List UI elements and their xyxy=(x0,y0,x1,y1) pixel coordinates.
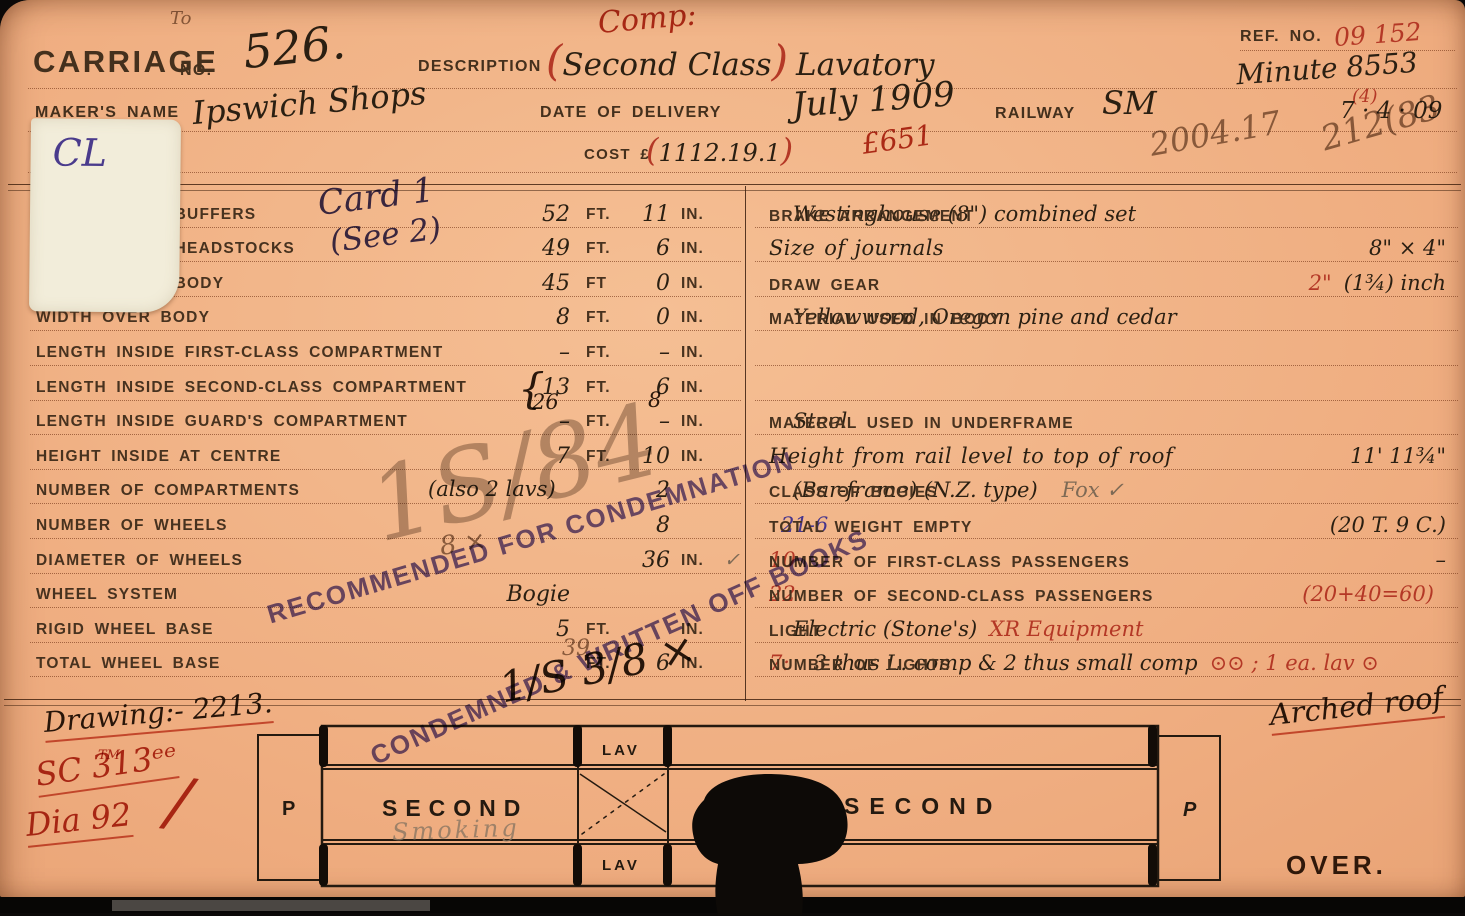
record-card: CARRIAGE NO. 526. DESCRIPTION ( Second C… xyxy=(0,0,1465,897)
spec-row: BRAKE ARRANGEMENT Westinghouse (8") comb… xyxy=(755,193,1458,228)
spec-label: MATERIAL USED IN UNDERFRAME xyxy=(769,415,1074,433)
red-paren-open: ( xyxy=(646,131,658,169)
description-label: DESCRIPTION xyxy=(418,58,542,76)
pencil-note-to: To xyxy=(170,8,191,29)
spec-label: Size of journals xyxy=(769,236,944,260)
red-note-651: £651 xyxy=(860,118,935,161)
spec-row: MATERIAL USED IN UNDERFRAME Steel xyxy=(755,401,1458,436)
railway-label: RAILWAY xyxy=(995,105,1076,123)
unit-in: IN. xyxy=(681,379,704,397)
spec-row: MATERIAL USED IN BODY Yellowwood, Oregon… xyxy=(755,297,1458,332)
description-class: Second Class xyxy=(562,47,771,83)
over-label: OVER. xyxy=(1286,850,1387,881)
spec-value-in: 36 xyxy=(614,548,670,573)
spec-label: MATERIAL USED IN BODY xyxy=(769,311,1001,329)
unit-in: IN. xyxy=(681,240,704,258)
makers-name-value: Ipswich Shops xyxy=(191,74,428,132)
spec-value-right: (1¾) inch xyxy=(1344,271,1446,295)
sticker-note: CL xyxy=(52,130,107,175)
drawing-number: Drawing:- 2213. xyxy=(42,686,274,743)
spec-value-pencil: Fox ✓ xyxy=(1062,478,1124,502)
carriage-number-value: 526. xyxy=(240,15,348,79)
platform-p-right-label: P xyxy=(1183,799,1197,821)
spec-label: LENGTH INSIDE SECOND-CLASS COMPARTMENT xyxy=(36,379,467,397)
spec-value-ft: 5 xyxy=(482,617,570,642)
spec-label: NUMBER OF COMPARTMENTS xyxy=(36,482,300,500)
spec-label: CLASS OF BOGIES xyxy=(769,484,938,502)
unit-in: IN. xyxy=(681,309,704,327)
spec-row: LENGTH INSIDE FIRST-CLASS COMPARTMENT – … xyxy=(30,331,741,366)
spec-value-in: 6 xyxy=(614,236,670,261)
table-top-rule xyxy=(8,184,1461,191)
spec-label: RIGID WHEEL BASE xyxy=(36,621,214,639)
spec-label: NUMBER OF WHEELS xyxy=(36,517,228,535)
spec-value-in: – xyxy=(614,340,670,365)
spec-label: LENGTH INSIDE GUARD'S COMPARTMENT xyxy=(36,413,408,431)
red-note-sc: SC 313ᵉᵉ xyxy=(33,736,180,797)
paper-sticker: CL xyxy=(29,118,181,313)
stacked-value-8: 8 xyxy=(648,388,661,412)
spec-value-right-red: 2" xyxy=(1309,271,1332,295)
spec-value-ft: Bogie xyxy=(482,582,570,607)
spec-value-right: – xyxy=(1436,548,1447,572)
description-value: ( Second Class ) Lavatory xyxy=(546,36,935,85)
red-note-comp: Comp: xyxy=(596,0,697,41)
spec-label: HEIGHT INSIDE AT CENTRE xyxy=(36,448,281,466)
smoking-pencil-note: Smoking xyxy=(392,814,521,846)
spec-value-right: 11' 11¾" xyxy=(1350,444,1446,468)
spec-label: TOTAL WHEEL BASE xyxy=(36,655,221,673)
spec-value-right: (20 T. 9 C.) xyxy=(1330,513,1446,537)
red-paren-open: ( xyxy=(546,36,562,85)
spec-row: CLASS OF BOGIES (Bar-frame) (N.Z. type) … xyxy=(755,470,1458,505)
pencil-note-2004: 2004.17 xyxy=(1147,103,1284,163)
spec-value-ft: 52 xyxy=(482,202,570,227)
spec-value-in: 11 xyxy=(614,202,670,227)
spec-row xyxy=(755,366,1458,401)
spec-row: NUMBER OF SECOND-CLASS PASSENGERS 22 (20… xyxy=(755,574,1458,609)
spec-value-in: 0 xyxy=(614,305,670,330)
red-note-dia: Dia 92 xyxy=(24,795,134,848)
unit-in: IN. xyxy=(681,344,704,362)
spec-row: DRAW GEAR 2" (1¾) inch xyxy=(755,262,1458,297)
lav-top-label: LAV xyxy=(602,742,640,759)
cost-amount: 1112.19.1 xyxy=(658,139,780,167)
unit-in: IN. xyxy=(681,206,704,224)
ink-note-arched-roof: Arched roof xyxy=(1268,680,1445,736)
spec-value-right: 8" × 4" xyxy=(1369,236,1446,260)
ref-no-label: REF. NO. xyxy=(1240,28,1322,46)
spec-label: TOTAL WEIGHT EMPTY xyxy=(769,519,973,537)
spec-row: Height from rail level to top of roof 11… xyxy=(755,435,1458,470)
red-paren-close: ) xyxy=(781,131,793,169)
spec-label: WHEEL SYSTEM xyxy=(36,586,178,604)
scan-background: { "header": { "carriage_label": "CARRIAG… xyxy=(0,0,1465,913)
spec-value-red: XR Equipment xyxy=(989,617,1143,641)
spec-label: NUMBER OF LIGHTS xyxy=(769,657,951,675)
unit-ft: FT. xyxy=(586,240,611,258)
cost-label: COST £ xyxy=(584,146,650,163)
unit-in: IN. xyxy=(681,275,704,293)
spec-value-in: 0 xyxy=(614,271,670,296)
spec-value-red: ⊙⊙ ; 1 ea. lav ⊙ xyxy=(1210,651,1379,675)
spec-label: NUMBER OF SECOND-CLASS PASSENGERS xyxy=(769,588,1154,606)
unit-ft: FT xyxy=(586,275,607,293)
spec-label: LENGTH INSIDE FIRST-CLASS COMPARTMENT xyxy=(36,344,443,362)
unit-ft: FT. xyxy=(586,344,611,362)
spec-row: NUMBER OF LIGHTS 7: 3 thus L. comp & 2 t… xyxy=(755,643,1458,678)
spec-value-ft: 49 xyxy=(482,236,570,261)
spec-label: Height from rail level to top of roof xyxy=(769,444,1173,468)
second-class-right-label: SECOND xyxy=(844,793,1002,819)
right-spec-table: BRAKE ARRANGEMENT Westinghouse (8") comb… xyxy=(755,193,1458,677)
spec-row xyxy=(755,331,1458,366)
unit-in: IN. xyxy=(681,413,704,431)
spec-row: LIGHT Electric (Stone's) XR Equipment xyxy=(755,608,1458,643)
spec-value-ft: 45 xyxy=(482,271,570,296)
spec-label: LIGHT xyxy=(769,623,822,641)
unit-in: IN. xyxy=(681,448,704,466)
unit-ft: FT. xyxy=(586,309,611,327)
check-mark: ✓ xyxy=(724,549,740,571)
platform-p-left-label: P xyxy=(282,798,295,820)
minute-number: Minute 8553 xyxy=(1235,46,1419,92)
spec-value-right-red: (20+40=60) xyxy=(1302,582,1434,606)
spec-label: DIAMETER OF WHEELS xyxy=(36,552,243,570)
unit-ft: FT. xyxy=(586,206,611,224)
railway-value: SM xyxy=(1102,84,1157,122)
delivery-date-label: DATE OF DELIVERY xyxy=(540,104,722,122)
spec-value-ft: 8 xyxy=(482,305,570,330)
unit-in: IN. xyxy=(681,552,704,570)
spec-label: BRAKE ARRANGEMENT xyxy=(769,208,975,226)
column-divider xyxy=(745,186,746,701)
ruled-line xyxy=(28,172,1457,173)
spec-label: DRAW GEAR xyxy=(769,277,880,295)
red-paren-close: ) xyxy=(772,36,788,85)
carriage-no-label: NO. xyxy=(180,62,212,80)
lav-bottom-label: LAV xyxy=(602,857,640,874)
cost-value: ( 1112.19.1 ) xyxy=(646,131,793,169)
ink-blot xyxy=(692,774,847,913)
spec-row: Size of journals 8" × 4" xyxy=(755,228,1458,263)
spec-value-ft: – xyxy=(482,340,570,365)
